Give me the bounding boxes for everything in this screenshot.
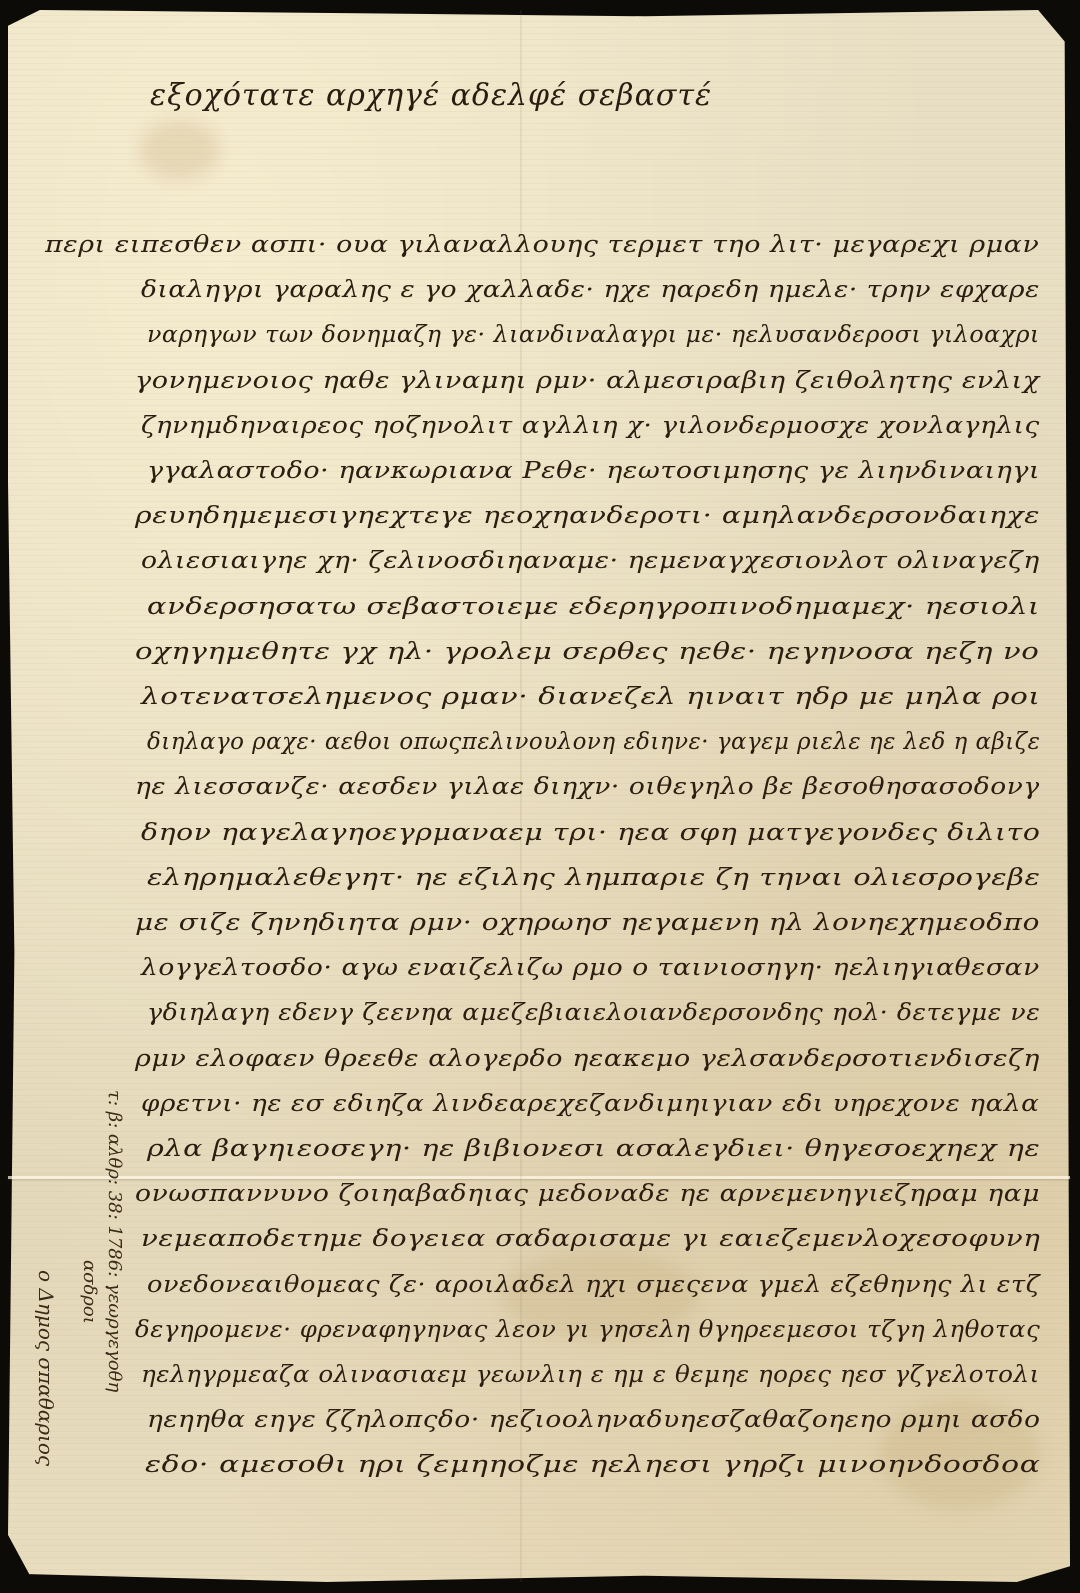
manuscript-line: γονημενοιος ηαθε γλιναμηι ρμν· αλμεσιραβ… [135, 368, 1040, 394]
manuscript-line: ηεηηθα εηγε ζζηλοπςδο· ηεζιοοληναδυηεσζα… [147, 1407, 1040, 1433]
letter-salutation: εξοχότατε αρχηγέ αδελφέ σεβαστέ [150, 78, 712, 113]
manuscript-line: φρετνι· ηε εσ εδιηζα λινδεαρεχεζανδιμηιγ… [141, 1091, 1039, 1117]
manuscript-line: με σιζε ζηνηδιητα ρμν· οχηρωησ ηεγαμενη … [135, 910, 1040, 936]
manuscript-line: νεμεαποδετημε δογειεα σαδαρισαμε γι εαιε… [141, 1226, 1040, 1252]
manuscript-line: δηον ηαγελαγηοεγρμαναεμ τρι· ηεα σφη ματ… [141, 820, 1040, 846]
manuscript-line: ονωσπαννυνο ζοιηαβαδηιας μεδοναδε ηε αρν… [135, 1181, 1040, 1207]
margin-note-line2: ασδροι [79, 1260, 100, 1324]
manuscript-line: λογγελτοσδο· αγω εναιζελιζω ρμο ο ταινιο… [141, 955, 1040, 981]
margin-note-signature: ο Δημος σπαθαριος [34, 1270, 58, 1466]
paper-stain [140, 120, 220, 180]
manuscript-line: ηεληγρμεαζα ολινασιαεμ γεωνλιη ε ημ ε θε… [141, 1362, 1040, 1388]
manuscript-line: ρευηδημεμεσιγηεχτεγε ηεοχηανδεροτι· αμηλ… [135, 503, 1040, 529]
manuscript-line: γγαλαστοδο· ηανκωριανα Ρεθε· ηεωτοσιμηση… [147, 458, 1040, 484]
margin-note-date: τ: β: αλθρ: 38: 1786: γεωργεγοθη [104, 1090, 125, 1392]
manuscript-line: ναρηγων των δονημαζη γε· λιανδιναλαγρι μ… [147, 322, 1040, 348]
manuscript-line: οχηγημεθητε γχ ηλ· γρολεμ σερθες ηεθε· η… [135, 639, 1039, 665]
manuscript-line: ηε λιεσσανζε· αεσδεν γιλαε διηχν· οιθεγη… [135, 774, 1040, 800]
fold-crease-horizontal [8, 1176, 1070, 1179]
manuscript-line: εληρημαλεθεγητ· ηε εζιλης λημπαριε ζη τη… [147, 865, 1041, 891]
manuscript-line: ονεδονεαιθομεας ζε· αροιλαδελ ηχι σμεςεν… [147, 1272, 1040, 1298]
manuscript-line: λοτενατσελημενος ρμαν· διανεζελ ηιναιτ η… [141, 684, 1041, 710]
manuscript-line: ανδερσησατω σεβαστοιεμε εδερηγροπινοδημα… [147, 594, 1040, 620]
manuscript-line: εδο· αμεσοθι ηρι ζεμηηοζμε ηεληεσι γηρζι… [145, 1452, 1041, 1478]
manuscript-line: γδιηλαγη εδενγ ζεενηα αμεζεβιαιελοιανδερ… [147, 1000, 1040, 1026]
manuscript-line: διαληγρι γαραλης ε γο χαλλαδε· ηχε ηαρεδ… [141, 277, 1040, 303]
manuscript-line: διηλαγο ραχε· αεθοι οπωςπελινουλονη εδιη… [147, 729, 1040, 755]
manuscript-line: ολιεσιαιγηε χη· ζελινοσδιηαναμε· ηεμεναγ… [141, 548, 1040, 574]
manuscript-line: ζηνημδηναιρεος ηοζηνολιτ αγλλιη χ· γιλον… [141, 413, 1040, 439]
manuscript-line: ρλα βαγηιεοσεγη· ηε βιβιονεσι ασαλεγδιει… [147, 1136, 1040, 1162]
manuscript-line: ρμν ελοφαεν θρεεθε αλογερδο ηεακεμο γελσ… [135, 1046, 1040, 1072]
manuscript-line: δεγηρομενε· φρεναφηγηνας λεον γι γησελη … [135, 1317, 1040, 1343]
manuscript-line: περι ειπεσθεν ασπι· ουα γιλαναλλουης τερ… [45, 232, 1039, 258]
